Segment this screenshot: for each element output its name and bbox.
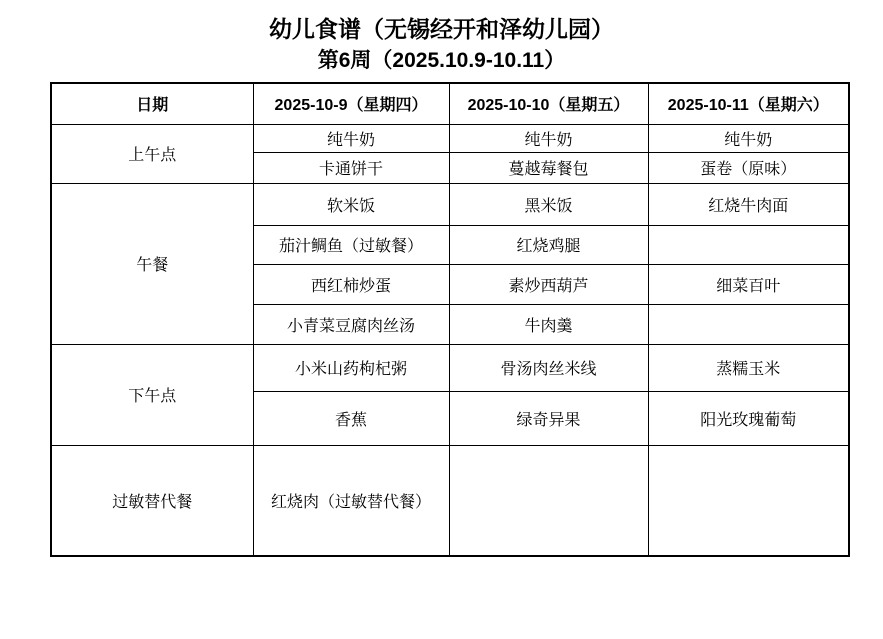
menu-cell: [648, 304, 849, 344]
menu-cell: 细菜百叶: [648, 264, 849, 304]
row-label-morning-snack: 上午点: [51, 124, 253, 183]
col-header-friday: 2025-10-10（星期五）: [449, 83, 648, 124]
menu-cell: 黑米饭: [449, 183, 648, 225]
col-header-date: 日期: [51, 83, 253, 124]
header-row: 日期 2025-10-9（星期四） 2025-10-10（星期五） 2025-1…: [51, 83, 849, 124]
table-row: 午餐 软米饭 黑米饭 红烧牛肉面: [51, 183, 849, 225]
menu-cell: 小青菜豆腐肉丝汤: [253, 304, 449, 344]
table-row: 过敏替代餐 红烧肉（过敏替代餐）: [51, 445, 849, 556]
menu-cell: [648, 445, 849, 556]
page-title: 幼儿食谱（无锡经开和泽幼儿园）: [0, 0, 883, 44]
menu-cell: 绿奇异果: [449, 391, 648, 445]
menu-cell: 红烧肉（过敏替代餐）: [253, 445, 449, 556]
row-label-lunch: 午餐: [51, 183, 253, 344]
col-header-thursday: 2025-10-9（星期四）: [253, 83, 449, 124]
menu-cell: [449, 445, 648, 556]
menu-cell: 香蕉: [253, 391, 449, 445]
menu-cell: 素炒西葫芦: [449, 264, 648, 304]
menu-cell: 卡通饼干: [253, 152, 449, 183]
menu-cell: 红烧牛肉面: [648, 183, 849, 225]
menu-cell: 牛肉羹: [449, 304, 648, 344]
menu-cell: 蛋卷（原味）: [648, 152, 849, 183]
menu-cell: 软米饭: [253, 183, 449, 225]
table-row: 上午点 纯牛奶 纯牛奶 纯牛奶: [51, 124, 849, 152]
row-label-allergy-substitute: 过敏替代餐: [51, 445, 253, 556]
menu-cell: 蒸糯玉米: [648, 344, 849, 391]
menu-cell: 纯牛奶: [253, 124, 449, 152]
menu-cell: 蔓越莓餐包: [449, 152, 648, 183]
col-header-saturday: 2025-10-11（星期六）: [648, 83, 849, 124]
menu-cell: 阳光玫瑰葡萄: [648, 391, 849, 445]
menu-cell: 骨汤肉丝米线: [449, 344, 648, 391]
menu-cell: 西红柿炒蛋: [253, 264, 449, 304]
menu-cell: 小米山药枸杞粥: [253, 344, 449, 391]
page: 幼儿食谱（无锡经开和泽幼儿园） 第6周（2025.10.9-10.11） 日期 …: [0, 0, 883, 639]
table-row: 下午点 小米山药枸杞粥 骨汤肉丝米线 蒸糯玉米: [51, 344, 849, 391]
row-label-afternoon-snack: 下午点: [51, 344, 253, 445]
menu-cell: 纯牛奶: [648, 124, 849, 152]
menu-cell: [648, 225, 849, 264]
menu-cell: 茄汁鲷鱼（过敏餐）: [253, 225, 449, 264]
menu-cell: 红烧鸡腿: [449, 225, 648, 264]
menu-table: 日期 2025-10-9（星期四） 2025-10-10（星期五） 2025-1…: [50, 82, 850, 557]
menu-cell: 纯牛奶: [449, 124, 648, 152]
page-subtitle: 第6周（2025.10.9-10.11）: [0, 44, 883, 76]
